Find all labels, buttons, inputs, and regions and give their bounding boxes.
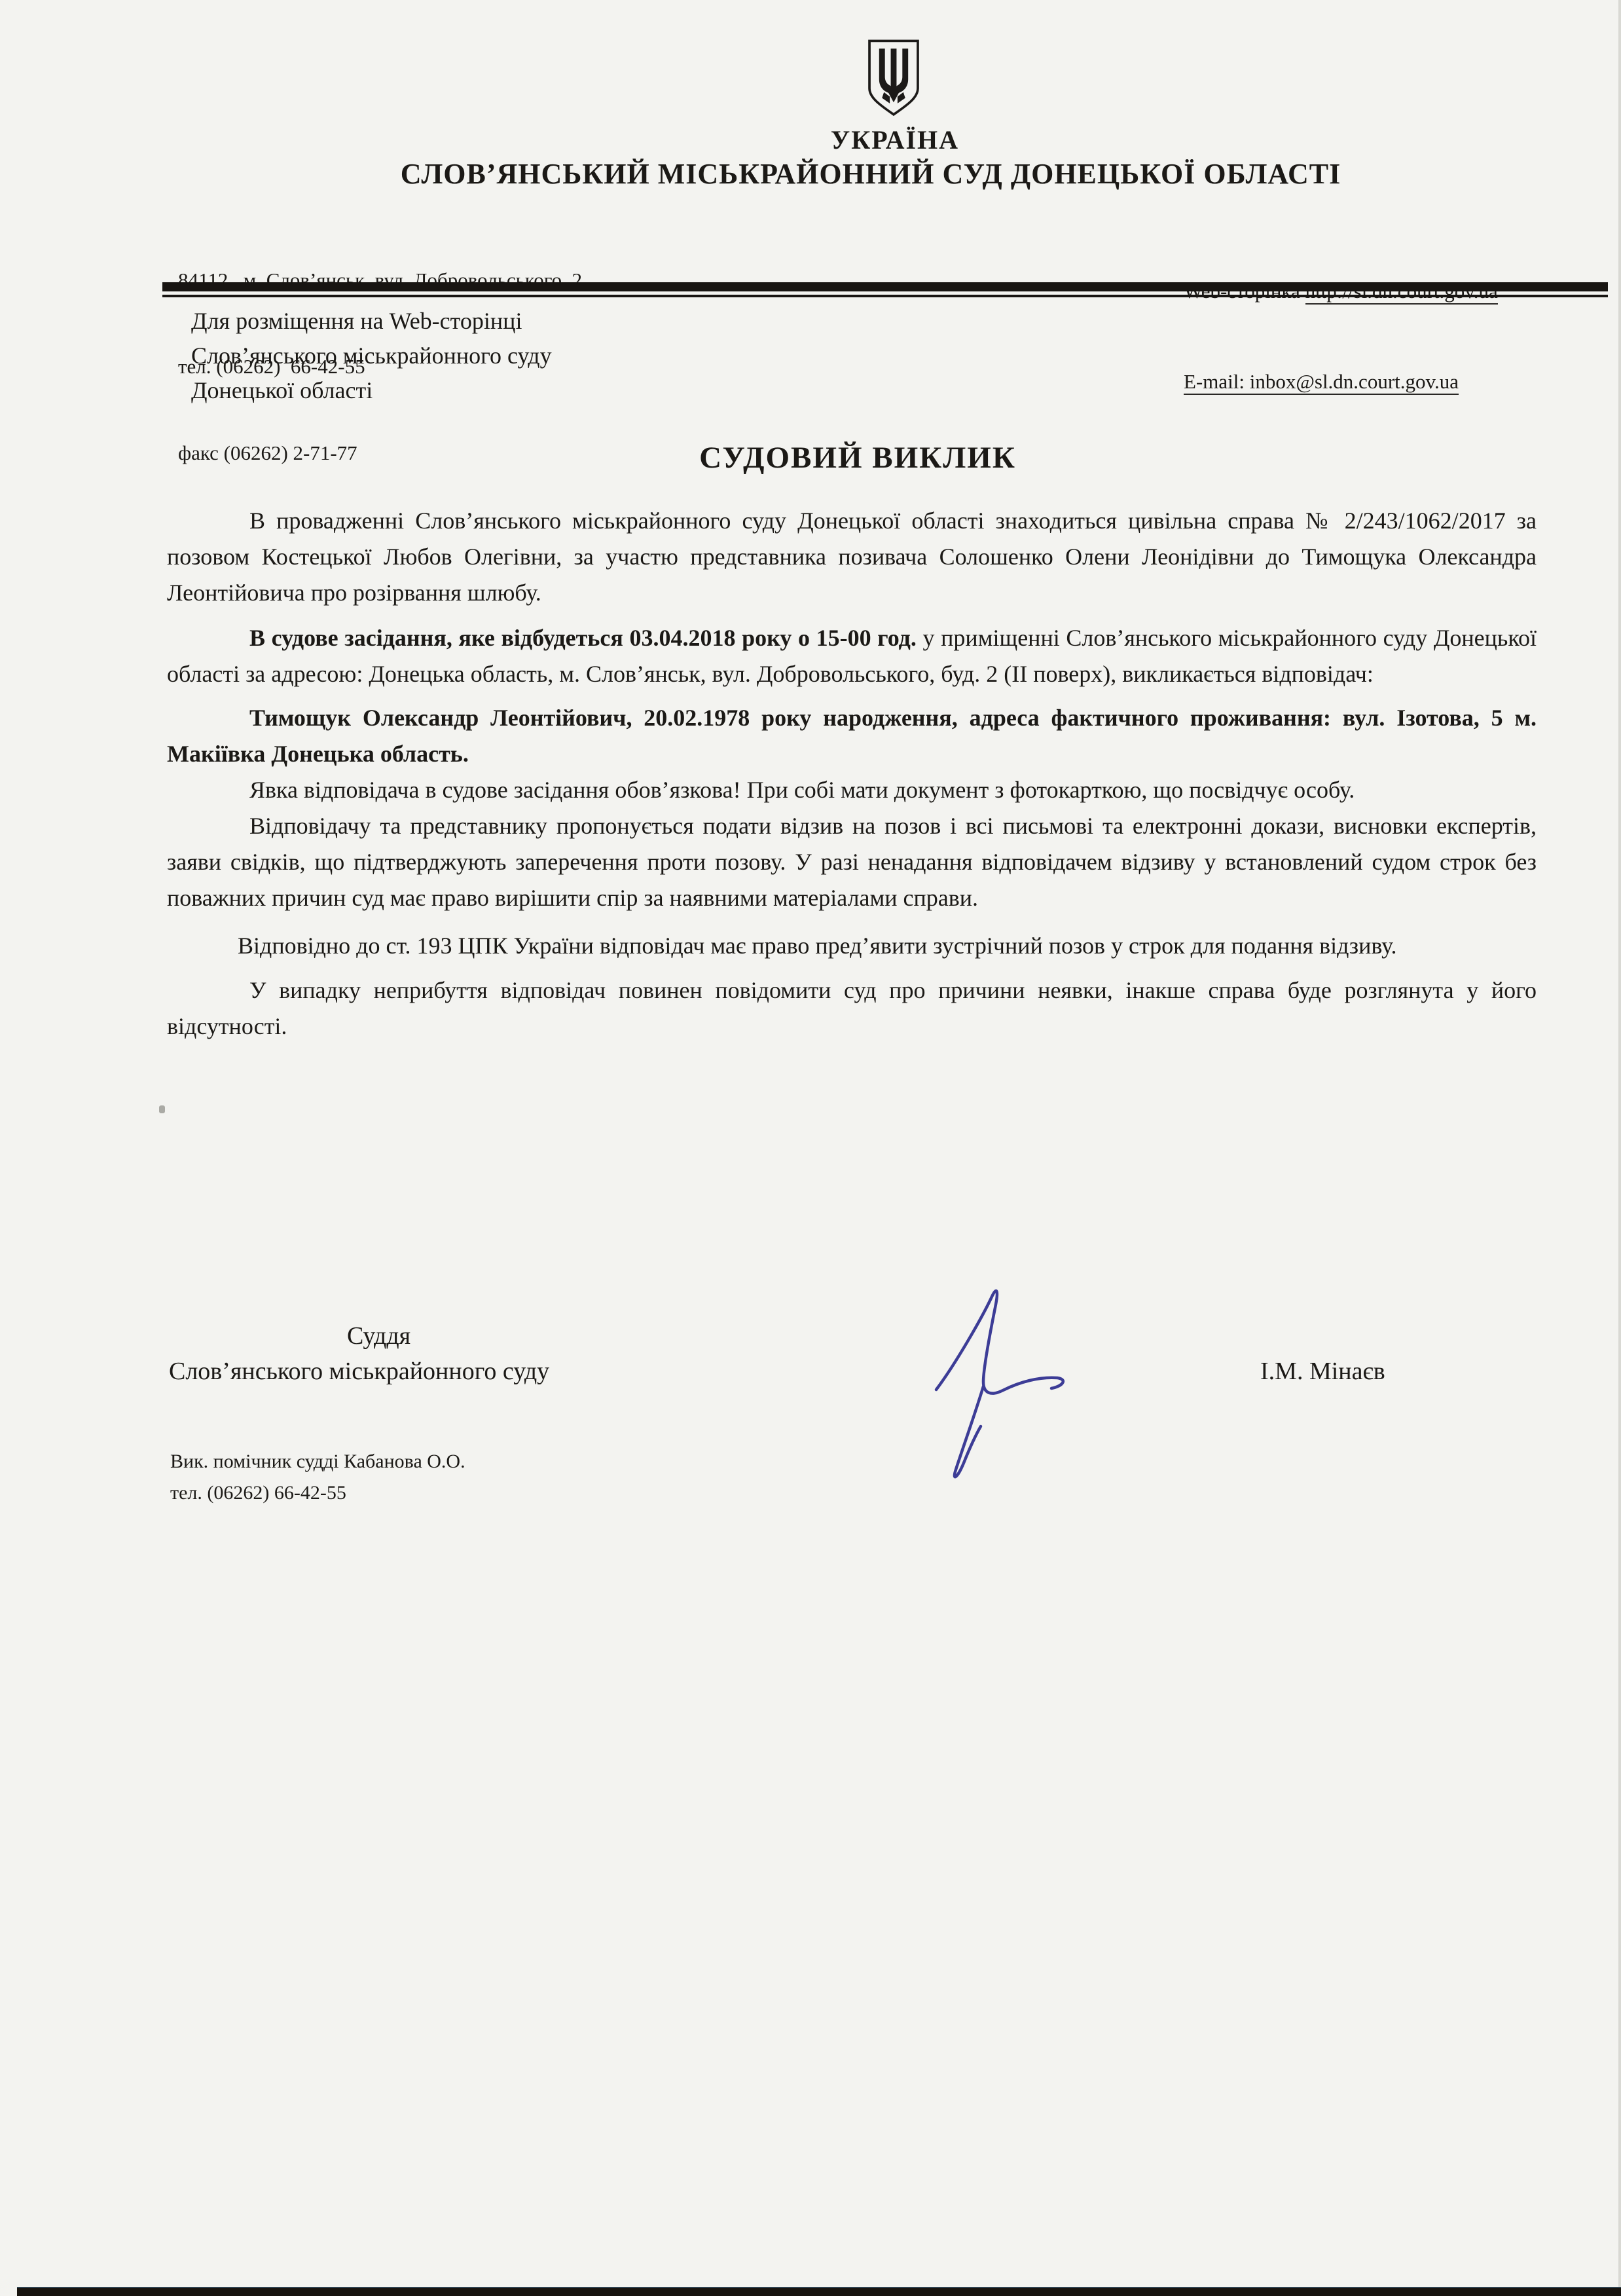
judge-role-line2: Слов’янського міськрайонного суду xyxy=(169,1357,549,1386)
email-line: E-mail: inbox@sl.dn.court.gov.ua xyxy=(1184,367,1498,397)
letterhead-rule-thick xyxy=(162,282,1608,291)
paragraph-case-info: В провадженні Слов’янського міськрайонно… xyxy=(167,503,1537,611)
court-fax: факс (06262) 2-71-77 xyxy=(178,439,582,468)
paragraph-counter-claim: Відповідно до ст. 193 ЦПК України відпов… xyxy=(167,923,1537,969)
judge-name: І.М. Мінаєв xyxy=(1260,1357,1385,1386)
scan-speck xyxy=(159,1105,165,1113)
letterhead-rule-thin xyxy=(162,295,1608,297)
paragraph-response: Відповідачу та представнику пропонується… xyxy=(167,808,1537,916)
executor-block: Вик. помічник судді Кабанова О.О. тел. (… xyxy=(170,1446,465,1509)
executor-phone: тел. (06262) 66-42-55 xyxy=(170,1477,465,1509)
email-text: E-mail: inbox@sl.dn.court.gov.ua xyxy=(1184,370,1459,395)
paragraph-hearing: В судове засідання, яке відбудеться 03.0… xyxy=(167,620,1537,692)
web-line: Web-сторінка http://sl.dn.court.gov.ua xyxy=(1184,276,1498,306)
judge-role-line1: Суддя xyxy=(347,1322,410,1350)
court-name-title: СЛОВ’ЯНСЬКИЙ МІСЬКРАЙОННИЙ СУД ДОНЕЦЬКОЇ… xyxy=(401,157,1341,191)
web-placement-note: Для розміщення на Web-сторінці Слов’янсь… xyxy=(191,304,552,408)
web-note-line2: Слов’янського міськрайонного суду xyxy=(191,339,552,373)
scan-right-edge xyxy=(1618,0,1621,2296)
judge-signature-ink xyxy=(871,1278,1080,1501)
hearing-datetime-bold: В судове засідання, яке відбудеться 03.0… xyxy=(249,625,917,651)
paragraph-non-appearance: У випадку неприбуття відповідач повинен … xyxy=(167,972,1537,1045)
executor-name: Вик. помічник судді Кабанова О.О. xyxy=(170,1446,465,1477)
web-note-line3: Донецької області xyxy=(191,373,552,408)
ukraine-trident-emblem xyxy=(894,38,955,118)
paragraph-attendance: Явка відповідача в судове засідання обов… xyxy=(167,772,1537,808)
scan-bottom-edge xyxy=(17,2287,1621,2296)
country-title: УКРАЇНА xyxy=(831,124,959,155)
court-web-contact-block: Web-сторінка http://sl.dn.court.gov.ua E… xyxy=(1184,216,1498,457)
paragraph-defendant: Тимощук Олександр Леонтійович, 20.02.197… xyxy=(167,700,1537,772)
scanned-court-summons-page: УКРАЇНА СЛОВ’ЯНСЬКИЙ МІСЬКРАЙОННИЙ СУД Д… xyxy=(0,0,1621,2296)
document-title: СУДОВИЙ ВИКЛИК xyxy=(699,440,1016,475)
web-note-line1: Для розміщення на Web-сторінці xyxy=(191,304,552,339)
document-body: В провадженні Слов’янського міськрайонно… xyxy=(167,503,1537,1052)
